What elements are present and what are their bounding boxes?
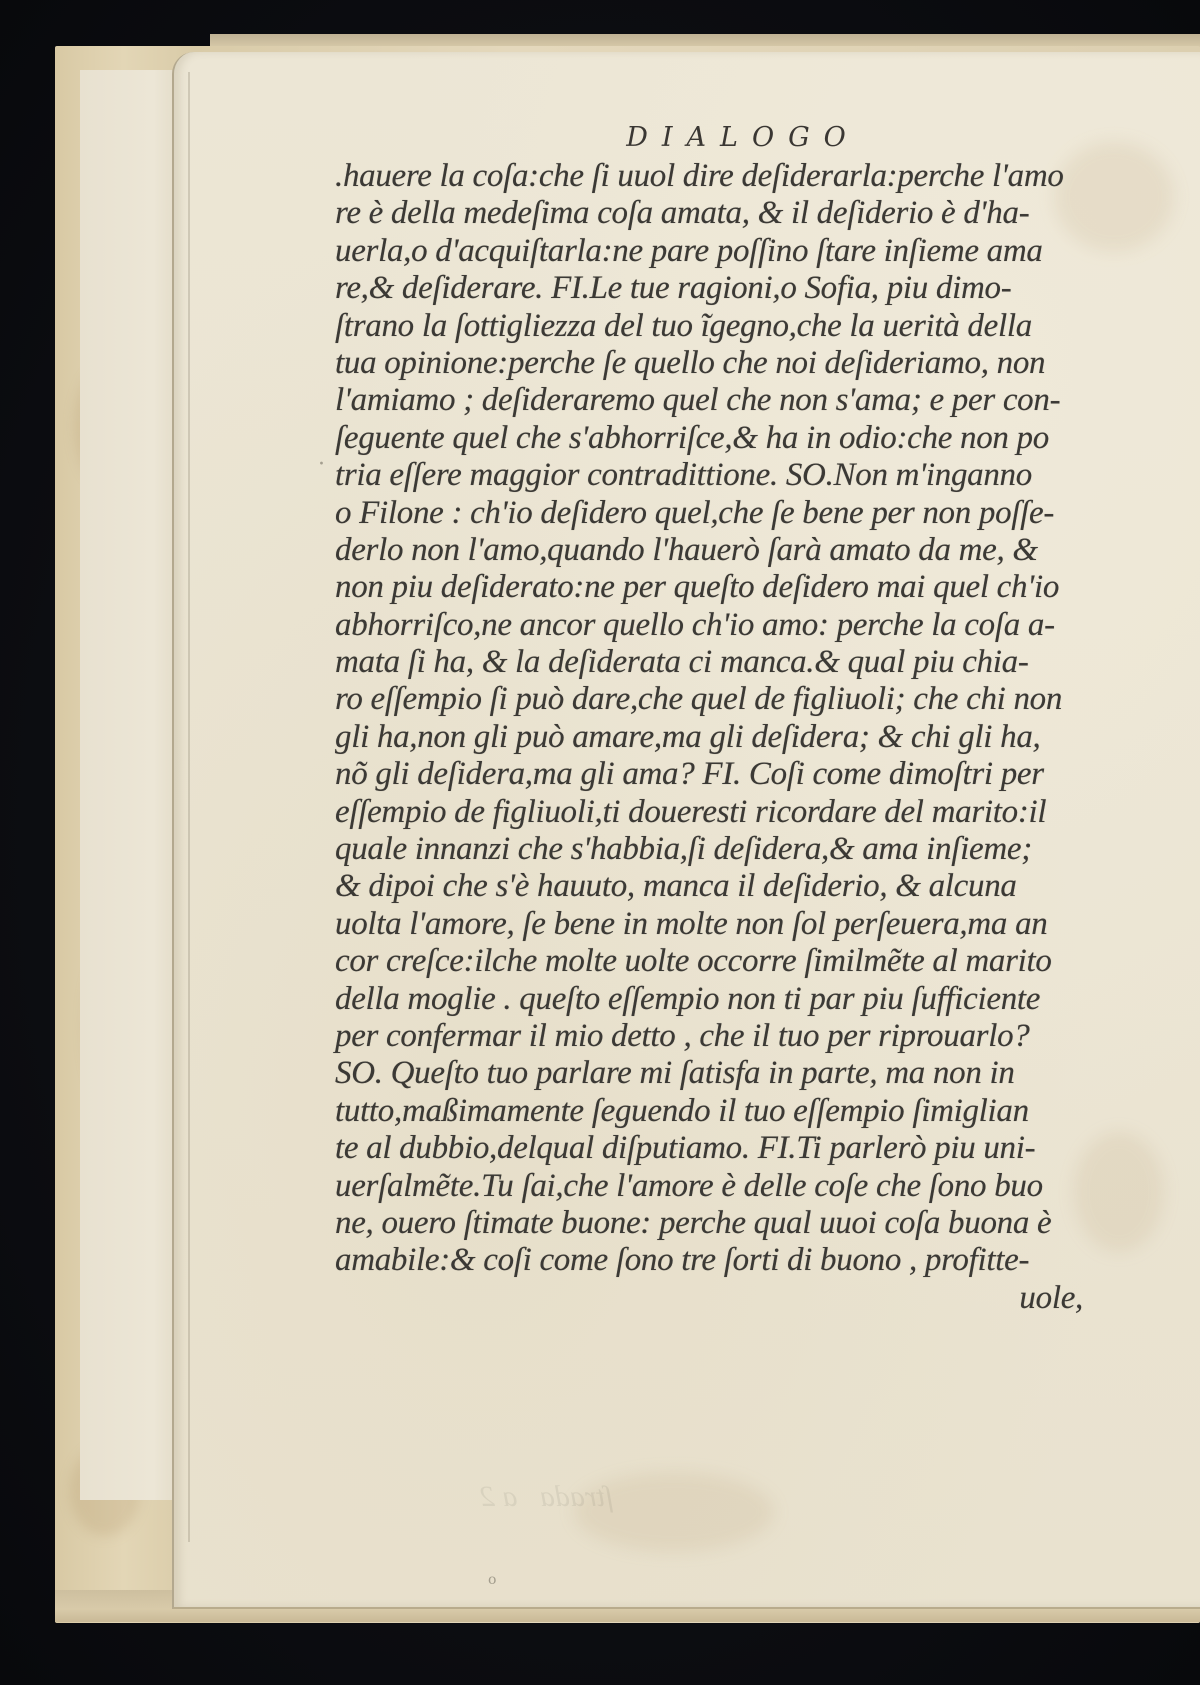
text-line: uolta l'amore, ſe bene in molte non ſol … (335, 906, 1135, 943)
text-line: te al dubbio,delqual diſputiamo. FI.Ti p… (335, 1130, 1135, 1167)
text-line: ſtrano la ſottigliezza del tuo ĩgegno,ch… (335, 308, 1135, 345)
text-line: per confermar il mio detto , che il tuo … (335, 1018, 1135, 1055)
vellum-cover-fold (80, 70, 187, 1500)
text-line: abhorriſco,ne ancor quello ch'io amo: pe… (335, 607, 1135, 644)
text-line: eſſempio de figliuoli,ti doueresti ricor… (335, 794, 1135, 831)
page-gutter-line (188, 72, 190, 1542)
running-head: DIALOGO (403, 118, 1083, 158)
margin-dot-mark: · (318, 452, 325, 477)
catchword: uole, (335, 1280, 1135, 1317)
text-line: l'amiamo ; deſideraremo quel che non s'a… (335, 382, 1135, 419)
text-line: ſeguente quel che s'abhorriſce,& ha in o… (335, 420, 1135, 457)
text-line: uerla,o d'acquiſtarla:ne pare poſſino ſt… (335, 233, 1135, 270)
text-line: nõ gli deſidera,ma gli ama? FI. Coſi com… (335, 756, 1135, 793)
text-line: non piu deſiderato:ne per queſto deſider… (335, 569, 1135, 606)
text-line: ro eſſempio ſi può dare,che quel de figl… (335, 681, 1135, 718)
show-through-text: ſtrada a 2 (480, 1480, 613, 1514)
book-scan: ſtrada a 2 · o DIALOGO .hauere la coſa:c… (0, 0, 1200, 1685)
text-line: .hauere la coſa:che ſi uuol dire deſider… (335, 158, 1135, 195)
text-line: della moglie . queſto eſſempio non ti pa… (335, 981, 1135, 1018)
text-line: SO. Queſto tuo parlare mi ſatisfa in par… (335, 1055, 1135, 1092)
text-line: tria eſſere maggior contradittione. SO.N… (335, 457, 1135, 494)
text-line: tua opinione:perche ſe quello che noi de… (335, 345, 1135, 382)
text-line: tutto,maßimamente ſeguendo il tuo eſſemp… (335, 1093, 1135, 1130)
text-line: & dipoi che s'è hauuto, manca il deſider… (335, 868, 1135, 905)
text-line: gli ha,non gli può amare,ma gli deſidera… (335, 719, 1135, 756)
paper-spot: o (488, 1572, 496, 1588)
text-line: cor creſce:ilche molte uolte occorre ſim… (335, 943, 1135, 980)
text-line: derlo non l'amo,quando l'hauerò ſarà ama… (335, 532, 1135, 569)
text-line: re è della medeſima coſa amata, & il deſ… (335, 195, 1135, 232)
text-line: quale innanzi che s'habbia,ſi deſidera,&… (335, 831, 1135, 868)
text-line: mata ſi ha, & la deſiderata ci manca.& q… (335, 644, 1135, 681)
page-text-block: DIALOGO .hauere la coſa:che ſi uuol dire… (335, 118, 1135, 1317)
text-line: uerſalmẽte.Tu ſai,che l'amore è delle co… (335, 1168, 1135, 1205)
text-line: re,& deſiderare. FI.Le tue ragioni,o Sof… (335, 270, 1135, 307)
text-line: amabile:& coſi come ſono tre ſorti di bu… (335, 1242, 1135, 1279)
text-line: o Filone : ch'io deſidero quel,che ſe be… (335, 495, 1135, 532)
text-line: ne, ouero ſtimate buone: perche qual uuo… (335, 1205, 1135, 1242)
